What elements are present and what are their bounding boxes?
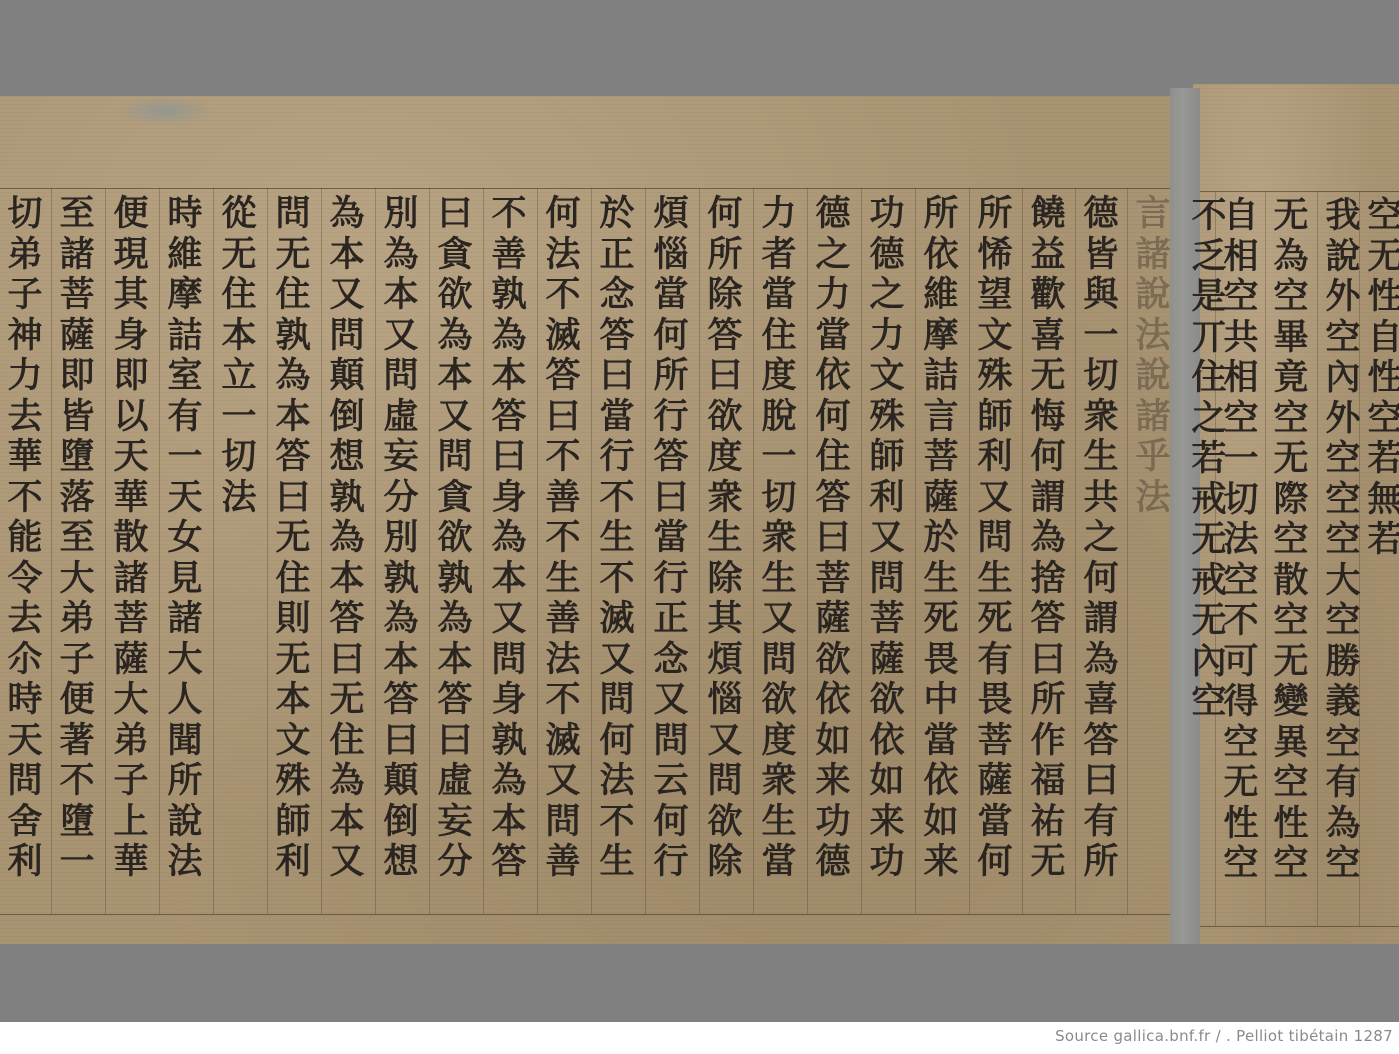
paper-stain [115, 96, 215, 126]
text-column: 德之力當依何住答曰菩薩欲依如来功德 [810, 194, 856, 883]
text-column: 從无住本立一切法 [216, 194, 262, 518]
top-ruling-right [1200, 191, 1399, 192]
column-ruling [699, 188, 700, 914]
text-column: 為本又問顛倒想孰為本答曰无住為本又 [324, 194, 370, 883]
column-ruling [267, 188, 268, 914]
text-column: 曰貪欲為本又問貪欲孰為本答曰虛妄分 [432, 194, 478, 883]
text-column: 煩惱當何所行答曰當行正念又問云何行 [648, 194, 694, 883]
text-column: 問无住孰為本答曰无住則无本文殊師利 [270, 194, 316, 883]
column-ruling [51, 188, 52, 914]
column-ruling [213, 188, 214, 914]
text-column: 不善孰為本答曰身為本又問身孰為本答 [486, 194, 532, 883]
text-column: 力者當住度脫一切衆生又問欲度衆生當 [756, 194, 802, 883]
column-ruling [1075, 188, 1076, 914]
text-column: 時維摩詰室有一天女見諸大人聞所說法 [162, 194, 208, 883]
column-ruling [321, 188, 322, 914]
column-ruling [807, 188, 808, 914]
bottom-ruling-right [1200, 926, 1399, 927]
top-ruling-left [0, 188, 1170, 189]
text-column: 何法不滅答曰不善不生善法不滅又問善 [540, 194, 586, 883]
column-ruling [1127, 188, 1128, 914]
text-column: 切弟子神力去華不能令去尒時天問舍利 [2, 194, 48, 883]
column-ruling [861, 188, 862, 914]
text-column: 何所除答曰欲度衆生除其煩惱又問欲除 [702, 194, 748, 883]
source-caption: Source gallica.bnf.fr / . Pelliot tibéta… [1055, 1027, 1393, 1045]
column-ruling [1265, 191, 1266, 926]
text-column: 所悕望文殊師利又問生死有畏菩薩當何 [972, 194, 1018, 883]
column-ruling [915, 188, 916, 914]
text-column: 於正念答曰當行不生不滅又問何法不生 [594, 194, 640, 883]
column-ruling [483, 188, 484, 914]
column-ruling [375, 188, 376, 914]
text-column: 不乏是丌住之若戒无戒无內空 [1186, 196, 1232, 723]
text-column: 所依維摩詰言菩薩於生死畏中當依如来 [918, 194, 964, 883]
text-column: 无為空畢竟空无際空散空无變異空性空 [1268, 196, 1314, 885]
column-ruling [105, 188, 106, 914]
text-column: 空无性自性空若無若 [1362, 196, 1399, 561]
text-column: 便現其身即以天華散諸菩薩大弟子上華 [108, 194, 154, 883]
bottom-ruling-left [0, 914, 1170, 915]
text-column: 我說外空內外空空空大空勝義空有為空 [1320, 196, 1366, 885]
text-column: 功德之力文殊師利又問菩薩欲依如来功 [864, 194, 910, 883]
column-ruling [591, 188, 592, 914]
column-ruling [159, 188, 160, 914]
image-viewer: 空无性自性空若無若我說外空內外空空空大空勝義空有為空无為空畢竟空无際空散空无變異… [0, 0, 1399, 1022]
text-column: 德皆與一切衆生共之何謂為喜答曰有所 [1078, 194, 1124, 883]
text-column: 別為本又問虛妄分別孰為本答曰顛倒想 [378, 194, 424, 883]
column-ruling [537, 188, 538, 914]
column-ruling [1317, 191, 1318, 926]
text-column: 至諸菩薩即皆墮落至大弟子便著不墮一 [54, 194, 100, 883]
text-column: 言諸說法說諸乎法 [1130, 194, 1176, 518]
column-ruling [969, 188, 970, 914]
text-column: 饒益歡喜无悔何謂為捨答曰所作福祐无 [1025, 194, 1071, 883]
column-ruling [753, 188, 754, 914]
column-ruling [429, 188, 430, 914]
column-ruling [1022, 188, 1023, 914]
column-ruling [645, 188, 646, 914]
